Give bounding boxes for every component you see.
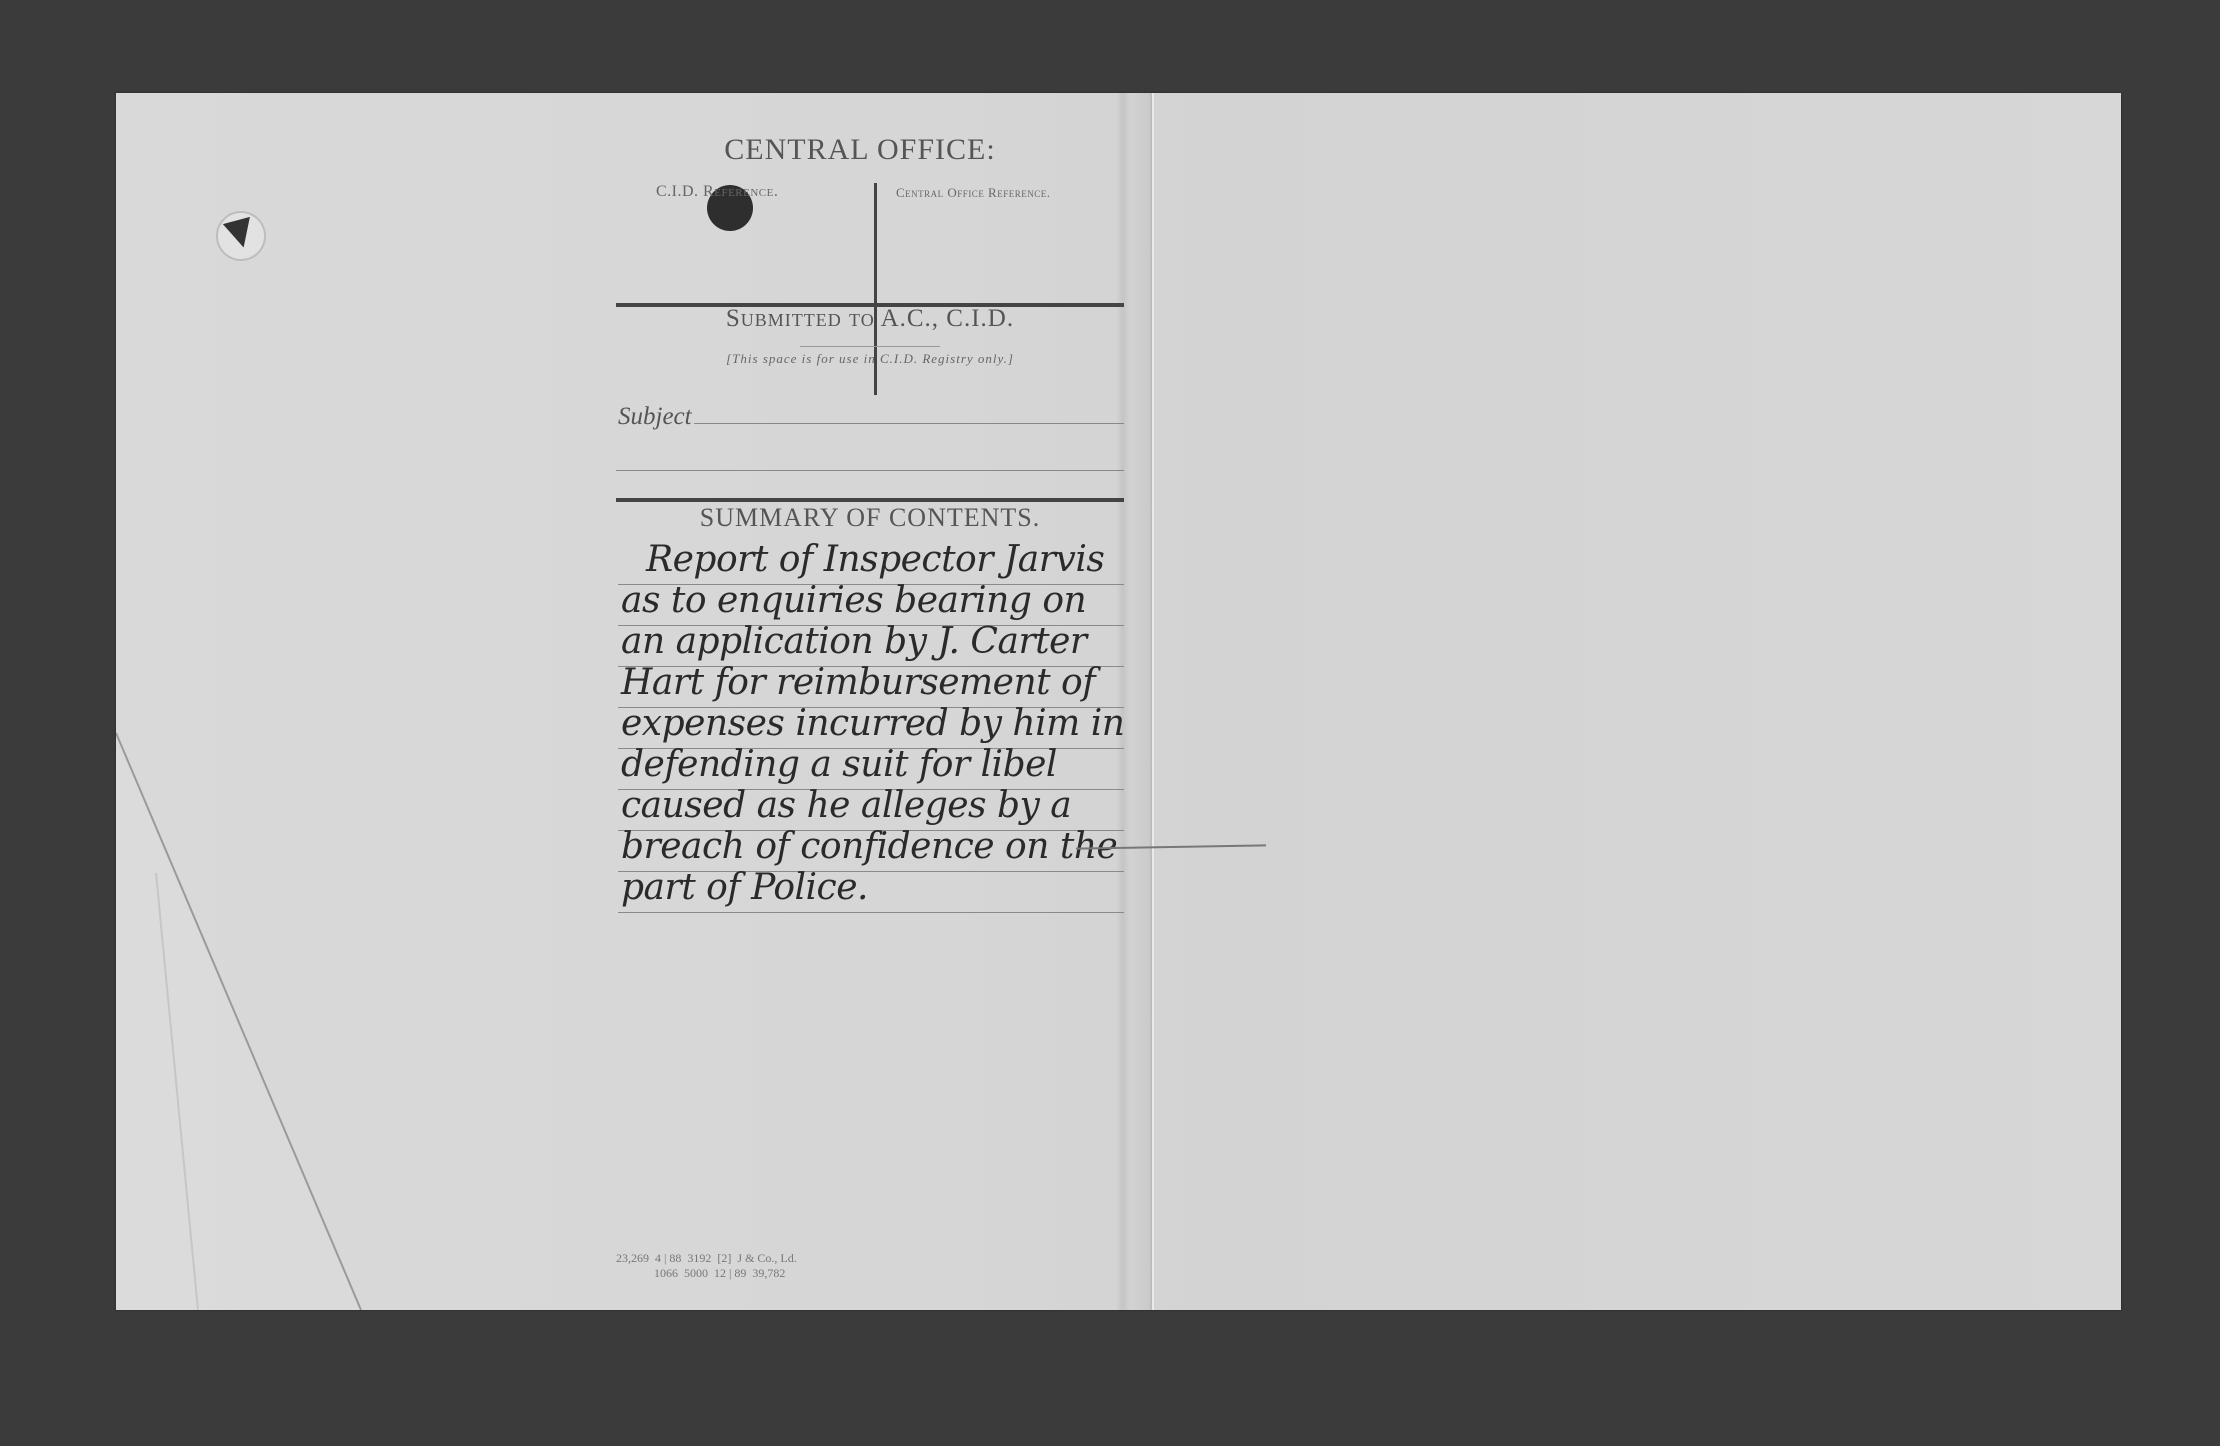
registry-note: [This space is for use in C.I.D. Registr… [616, 351, 1124, 367]
central-office-reference-label: Central Office Reference. [896, 185, 1050, 201]
handwritten-line: expenses incurred by him in [621, 703, 1181, 744]
document-page: CENTRAL OFFICE: C.I.D. Reference. Centra… [116, 93, 2121, 1310]
handwritten-line: as to enquiries bearing on [621, 580, 1181, 621]
cid-reference-label: C.I.D. Reference. [656, 183, 778, 201]
handwritten-line: part of Police. [621, 867, 1181, 908]
handwritten-line: an application by J. Carter [621, 621, 1181, 662]
subject-line-2 [616, 470, 1124, 471]
subject-rule [616, 498, 1124, 502]
submitted-underline [800, 346, 940, 347]
handwritten-line: Report of Inspector Jarvis [646, 539, 1206, 580]
handwritten-line: caused as he alleges by a [621, 785, 1181, 826]
handwritten-line: Hart for reimbursement of [621, 662, 1181, 703]
imprint-line-1: 23,269 4 | 88 3192 [2] J & Co., Ld. [616, 1251, 1016, 1266]
imprint-line-2: 1066 5000 12 | 89 39,782 [616, 1266, 1016, 1281]
torn-punch-hole [216, 211, 266, 261]
form-title: CENTRAL OFFICE: [617, 133, 1103, 167]
subject-line-1 [694, 423, 1124, 424]
submitted-heading: Submitted to A.C., C.I.D. [616, 305, 1124, 333]
handwritten-line: defending a suit for libel [621, 744, 1181, 785]
summary-heading: SUMMARY OF CONTENTS. [616, 503, 1124, 533]
printer-imprint: 23,269 4 | 88 3192 [2] J & Co., Ld. 1066… [616, 1251, 1016, 1281]
subject-label: Subject [618, 403, 692, 431]
